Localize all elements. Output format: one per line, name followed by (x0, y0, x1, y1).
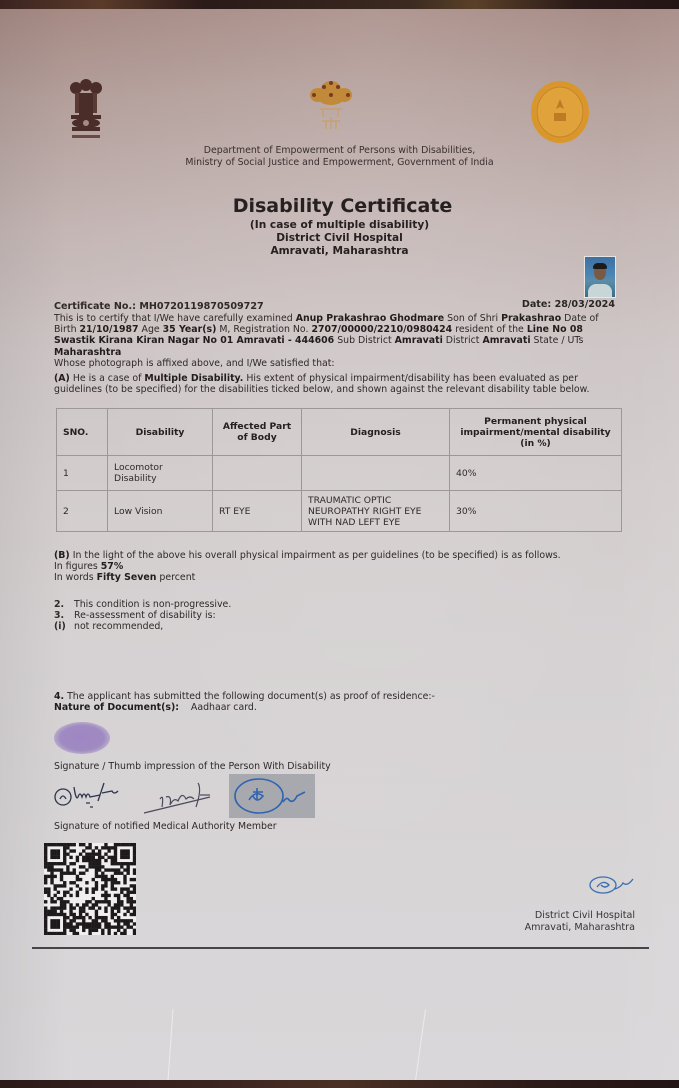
applicant-photo (585, 257, 615, 297)
medical-signature-1 (52, 775, 142, 815)
footer-hospital-location: Amravati, Maharashtra (525, 922, 635, 934)
table-row: 2 Low Vision RT EYE TRAUMATIC OPTIC NEUR… (57, 491, 622, 532)
col-disability: Disability (108, 409, 213, 456)
list-item: 3.Re-assessment of disability is: (54, 610, 620, 621)
cell-diagnosis: TRAUMATIC OPTIC NEUROPATHY RIGHT EYE WIT… (302, 491, 450, 532)
col-impairment-percent: Permanent physical impairment/mental dis… (450, 409, 622, 456)
certificate-paper: Department of Empowerment of Persons wit… (0, 9, 679, 1081)
overall-percent-words: Fifty Seven (97, 572, 157, 583)
footer-divider (32, 947, 649, 949)
department-heading: Department of Empowerment of Persons wit… (0, 145, 679, 169)
footer-hospital: District Civil Hospital Amravati, Mahara… (525, 910, 635, 934)
cell-disability: Locomotor Disability (108, 456, 213, 491)
paper-crease (415, 1009, 426, 1080)
section-4: 4. The applicant has submitted the follo… (54, 691, 620, 713)
cell-percent: 40% (450, 456, 622, 491)
table-row: 1 Locomotor Disability 40% (57, 456, 622, 491)
certificate-number-label: Certificate No.: (54, 301, 136, 312)
document-value: Aadhaar card. (191, 702, 257, 713)
footer-hospital-name: District Civil Hospital (525, 910, 635, 922)
authority-signature-label: Signature of notified Medical Authority … (54, 821, 620, 832)
medical-authority-stamp (229, 774, 315, 818)
cell-affected-part (213, 456, 302, 491)
paper-crease (167, 1009, 173, 1081)
col-diagnosis: Diagnosis (302, 409, 450, 456)
date-of-birth: 21/10/1987 (80, 324, 139, 335)
cell-disability: Low Vision (108, 491, 213, 532)
case-type: Multiple Disability. (144, 373, 243, 384)
certificate-subtitle: (In case of multiple disability) (0, 219, 679, 232)
applicant-name: Anup Prakashrao Ghodmare (296, 313, 444, 324)
qr-code[interactable] (44, 843, 136, 935)
official-seal-icon (530, 79, 590, 145)
cell-sno: 1 (57, 456, 108, 491)
maharashtra-emblem-icon (304, 77, 358, 135)
section-b: (B) In the light of the above his overal… (54, 550, 620, 584)
col-sno: SNO. (57, 409, 108, 456)
conditions-list: 2.This condition is non-progressive. 3.R… (54, 599, 620, 633)
cell-diagnosis (302, 456, 450, 491)
applicant-gender: M, (219, 324, 230, 335)
national-emblem-icon (66, 75, 106, 141)
ministry-line: Ministry of Social Justice and Empowerme… (0, 157, 679, 169)
col-affected-part: Affected Part of Body (213, 409, 302, 456)
section-a: (A) He is a case of Multiple Disability.… (54, 373, 620, 395)
overall-figures: In figures 57% (54, 561, 620, 572)
district: Amravati (482, 335, 530, 346)
certificate-title: Disability Certificate (3, 195, 679, 217)
department-line: Department of Empowerment of Persons wit… (0, 145, 679, 157)
closing-line: Whose photograph is affixed above, and I… (54, 358, 335, 369)
issuing-hospital: District Civil Hospital (0, 232, 679, 245)
registration-number: 2707/00000/2210/0980424 (311, 324, 452, 335)
list-item: 2.This condition is non-progressive. (54, 599, 620, 610)
cell-percent: 30% (450, 491, 622, 532)
overall-words: In words Fifty Seven percent (54, 572, 620, 583)
cell-affected-part: RT EYE (213, 491, 302, 532)
table-header-row: SNO. Disability Affected Part of Body Di… (57, 409, 622, 456)
medical-signature-2 (140, 779, 230, 819)
applicant-age: 35 Year(s) (163, 324, 217, 335)
issuing-location: Amravati, Maharashtra (0, 245, 679, 258)
disability-table: SNO. Disability Affected Part of Body Di… (56, 408, 622, 532)
person-signature-label: Signature / Thumb impression of the Pers… (54, 761, 620, 772)
certificate-number-value: MH0720119870509727 (139, 301, 263, 312)
certification-paragraph: This is to certify that I/We have carefu… (54, 313, 620, 369)
overall-percent: 57% (101, 561, 123, 572)
sub-district: Amravati (395, 335, 443, 346)
list-item: (i)not recommended, (54, 621, 620, 632)
father-name: Prakashrao (501, 313, 561, 324)
background-bottom-edge (0, 1080, 679, 1088)
document-label: Nature of Document(s): (54, 702, 179, 713)
date-value: 28/03/2024 (555, 299, 615, 310)
certificate-date: Date: 28/03/2024 (522, 299, 615, 310)
hospital-signature (585, 871, 635, 897)
thumb-impression (54, 722, 110, 754)
state: Maharashtra (54, 347, 121, 358)
date-label: Date: (522, 299, 551, 310)
cell-sno: 2 (57, 491, 108, 532)
